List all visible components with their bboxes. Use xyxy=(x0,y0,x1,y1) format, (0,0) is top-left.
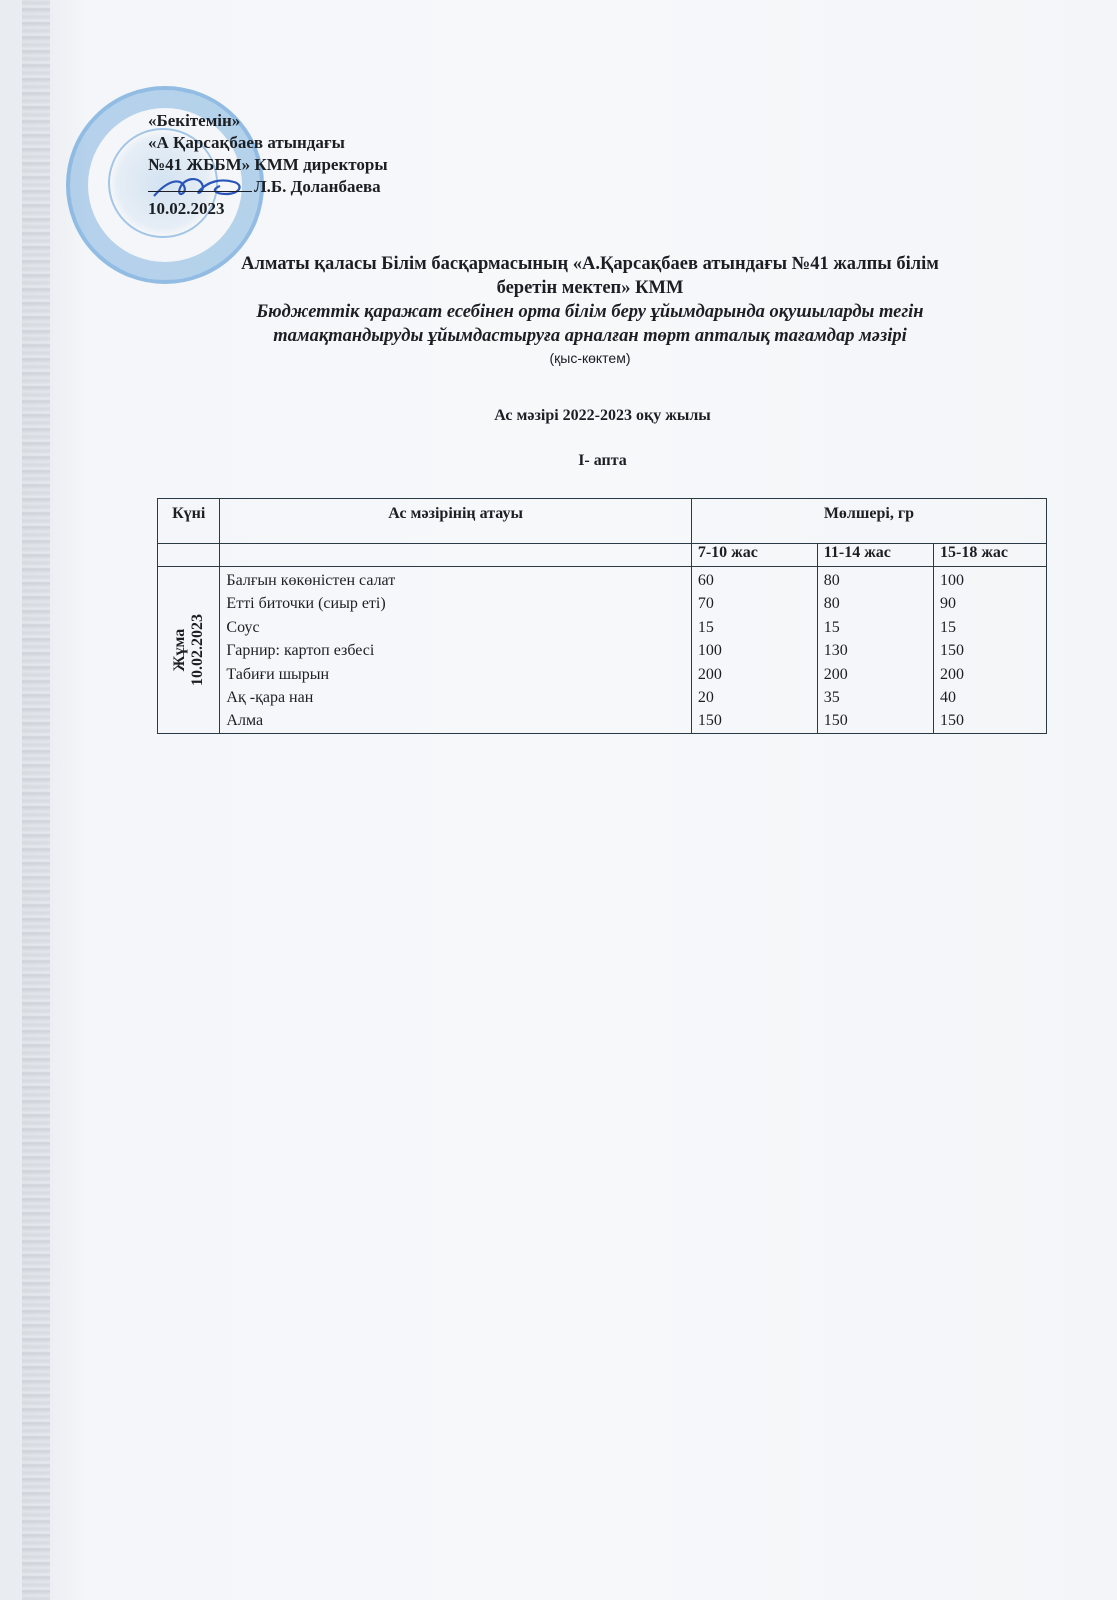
dish-name: Етті биточки (сиыр еті) xyxy=(226,592,684,615)
amount-15-18-list: 100901515020040150 xyxy=(933,567,1046,734)
approval-title: «Бекітемін» xyxy=(148,110,388,132)
age-group-7-10: 7-10 жас xyxy=(691,544,817,567)
approval-block: «Бекітемін» «А Қарсақбаев атындағы №41 Ж… xyxy=(148,110,388,220)
amount-7-10-list: 60701510020020150 xyxy=(691,567,817,734)
dish-name: Ақ -қара нан xyxy=(226,686,684,709)
purpose-line-1: Бюджеттік қаражат есебінен орта білім бе… xyxy=(150,300,1030,324)
week-title: I- апта xyxy=(0,452,1117,470)
amount-value: 15 xyxy=(824,616,927,639)
document-heading: Алматы қаласы Білім басқармасының «А.Қар… xyxy=(150,252,1030,368)
approval-date: 10.02.2023 xyxy=(148,198,388,220)
approval-signer: Л.Б. Доланбаева xyxy=(254,177,381,196)
amount-value: 35 xyxy=(824,686,927,709)
empty-cell xyxy=(220,544,691,567)
amount-value: 200 xyxy=(698,663,811,686)
amount-value: 60 xyxy=(698,569,811,592)
header-amount: Мөлшері, гр xyxy=(691,499,1046,544)
dish-name: Соус xyxy=(226,616,684,639)
header-day: Күні xyxy=(158,499,220,544)
age-group-row: 7-10 жас 11-14 жас 15-18 жас xyxy=(158,544,1047,567)
empty-cell xyxy=(158,544,220,567)
season-label: (қыс-көктем) xyxy=(150,348,1030,368)
amount-value: 80 xyxy=(824,569,927,592)
dish-name: Алма xyxy=(226,709,684,732)
day-cell: Жұма 10.02.2023 xyxy=(158,567,220,734)
org-line-1: Алматы қаласы Білім басқармасының «А.Қар… xyxy=(150,252,1030,276)
signature-line xyxy=(148,191,252,192)
menu-table: Күні Ас мәзірінің атауы Мөлшері, гр 7-10… xyxy=(157,498,1047,734)
amount-value: 150 xyxy=(940,639,1040,662)
amount-value: 90 xyxy=(940,592,1040,615)
amount-value: 40 xyxy=(940,686,1040,709)
approval-school: «А Қарсақбаев атындағы xyxy=(148,132,388,154)
purpose-line-2: тамақтандыруды ұйымдастыруға арналған тө… xyxy=(150,324,1030,348)
org-line-2: беретін мектеп» КММ xyxy=(150,276,1030,300)
year-title: Ас мәзірі 2022-2023 оқу жылы xyxy=(0,407,1117,425)
amount-value: 15 xyxy=(940,616,1040,639)
amount-value: 150 xyxy=(824,709,927,732)
approval-position: №41 ЖББМ» КММ директоры xyxy=(148,154,388,176)
amount-value: 100 xyxy=(698,639,811,662)
amount-11-14-list: 80801513020035150 xyxy=(817,567,933,734)
header-dish: Ас мәзірінің атауы xyxy=(220,499,691,544)
dish-name: Балғын көкөністен салат xyxy=(226,569,684,592)
page-edge-shadow xyxy=(22,0,50,1600)
amount-value: 100 xyxy=(940,569,1040,592)
amount-value: 130 xyxy=(824,639,927,662)
amount-value: 70 xyxy=(698,592,811,615)
amount-value: 200 xyxy=(824,663,927,686)
amount-value: 200 xyxy=(940,663,1040,686)
dish-name: Табиғи шырын xyxy=(226,663,684,686)
amount-value: 20 xyxy=(698,686,811,709)
dish-list: Балғын көкөністен салатЕтті биточки (сиы… xyxy=(220,567,691,734)
age-group-11-14: 11-14 жас xyxy=(817,544,933,567)
amount-value: 150 xyxy=(940,709,1040,732)
day-weekday: Жұма xyxy=(171,614,189,686)
amount-value: 15 xyxy=(698,616,811,639)
age-group-15-18: 15-18 жас xyxy=(933,544,1046,567)
dish-name: Гарнир: картоп езбесі xyxy=(226,639,684,662)
amount-value: 80 xyxy=(824,592,927,615)
day-date: 10.02.2023 xyxy=(189,614,207,686)
amount-value: 150 xyxy=(698,709,811,732)
table-row: Жұма 10.02.2023 Балғын көкөністен салатЕ… xyxy=(158,567,1047,734)
header-row: Күні Ас мәзірінің атауы Мөлшері, гр xyxy=(158,499,1047,544)
